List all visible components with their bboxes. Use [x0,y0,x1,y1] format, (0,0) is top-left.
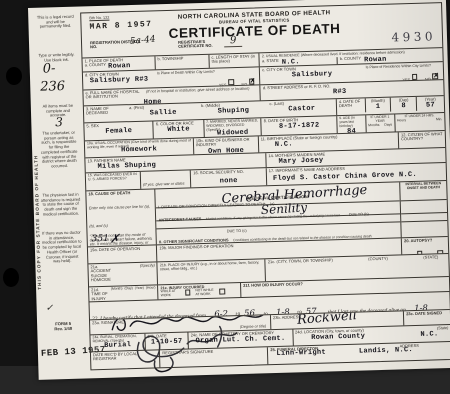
field-length-of-stay: c. LENGTH OF STAY (in this place) [208,53,259,67]
length-of-stay-label: c. LENGTH OF STAY (in this place) [211,54,257,64]
field-name-of-deceased: 3. NAME OF DECEASED [84,105,128,122]
margin-note-doctor: If there was no doctor in attendance, me… [41,231,82,265]
death-year: (Year) 57 [416,96,444,111]
field-place-of-injury: 21b. PLACE OF INJURY (e.g., in or about … [157,259,266,284]
injury-county-label: (COUNTY) [368,257,388,262]
injury-year-label: (Year) [135,287,144,291]
certificate-form: Bth No. 132 MAR 8 1957 REGISTRATION DIST… [80,2,450,370]
date-signed-label: 23c. DATE SIGNED [406,311,448,317]
cemetery-value: Organ Lut. Ch. Cemt. [191,335,291,346]
field-last-name: c. (Last) Castor [267,99,336,117]
handwritten-checkmark: ✓ [46,303,54,313]
serial-number: 4930 [391,29,436,44]
time-of-injury-label: 21d. TIME OF INJURY [91,288,109,302]
location-state-label: (State) [437,326,449,330]
field-city-of-death: d. CITY OR TOWN Salisbury R#3 [83,70,155,89]
field-cemetery: 24c. NAME OF CEMETERY OR CREMATORY Organ… [188,330,293,349]
autopsy-label: 20. AUTOPSY? [404,238,446,244]
field-registrar-signature: REGISTRAR'S SIGNATURE [159,347,267,367]
field-county-of-death: 1. PLACE OF DEATH a. COUNTY Rowan [82,56,154,71]
director-address-value: Landis, N.C. [359,347,413,357]
year-value: 57 [418,102,443,111]
field-cause-of-death-notes: 18. CAUSE OF DEATH Enter only one cause … [86,189,156,246]
cause-note-1: Enter only one cause per line for (a), (… [89,205,151,229]
handwritten-3: 3 [55,115,63,129]
city-value: Salisbury R#3 [85,76,153,86]
field-age: 9. AGE (In years last birthday) 84 [336,115,365,133]
death-day: (Day) 8 [390,97,416,112]
age-value: 84 [340,128,364,133]
location-value: Rowan County [311,333,365,343]
days-label: Days [384,123,392,127]
hours-label: Hours [397,119,406,123]
form-revision-line: Rev. 1/48 [54,326,72,332]
not-while-at-work-label: NOT WHILE AT WORK [195,289,215,297]
state-value: N.C. [282,58,300,66]
burial-date-value: 1-10-57 [148,338,186,347]
field-date-signed: 23c. DATE SIGNED [403,310,450,325]
field-autopsy: 20. AUTOPSY? YES NO [401,237,448,254]
field-death-city-limits: Is Place of Death Within City Limits? YE… [155,67,260,87]
hole-punch [6,67,22,85]
field-age-under-24hr: IF UNDER 24 HRS. Hours Min. [394,113,445,131]
residence-limits-yes-checkbox [412,74,418,80]
field-time-of-injury: 21d. TIME OF INJURY (Month) (Day) (Year)… [89,285,158,301]
margin-note-physician: The physician last in attendance is requ… [40,193,81,218]
street-address-value: R#3 [333,86,442,97]
death-month: (Month) 1 [365,98,391,113]
specify-note: (Specify) [140,263,155,267]
field-war-service: (If yes, give war or dates of service) n… [140,170,191,188]
line-c-label: DUE TO (c) [227,229,247,234]
hospital-label: e. FULL NAME OF HOSPITAL OR INSTITUTION [85,90,144,101]
accident-label: 21a. ACCIDENT SUICIDE HOMICIDE [90,264,119,283]
date-of-birth-value: 8-17-1872 [264,122,335,132]
interval-label: INTERVAL BETWEEN ONSET AND DEATH [401,182,445,191]
last-name-value: Castor [270,105,335,115]
physician-address-handwritten: Rockwell [297,311,358,328]
death-limits-yes-checkbox [228,79,234,85]
residence-limits-no-checkbox: ✗ [433,73,439,79]
ssn-value: none [193,177,264,187]
registrar-signature-label: REGISTRAR'S SIGNATURE [162,348,265,355]
registration-district-value: 5a-44 [130,34,156,46]
handwritten-236: 236 [40,79,65,95]
handwritten-0: 0- [43,61,56,76]
margin-note-undertaker: The undertaker, or person acting as such… [39,131,80,170]
field-armed-forces: 15. WAS DECEASED EVER IN U. S. ARMED FOR… [86,172,140,191]
field-residence-city: c. CITY OR TOWN Salisbury [259,64,364,84]
injury-city-label: 21c. (CITY, TOWN, OR TOWNSHIP) [268,258,333,264]
date-received-label: DATE REC'D BY LOCAL REGISTRAR [93,351,158,362]
cause-b-handwritten: Senility [261,200,308,217]
field-medical-certification: MEDICAL CERTIFICATION I. DISEASE OR COND… [155,182,401,244]
field-sex: 5. SEX Female [84,121,153,140]
place-of-injury-label: 21b. PLACE OF INJURY (e.g., in or about … [160,260,263,271]
field-business: 10b. KIND OF BUSINESS OR INDUSTRY Own Ho… [193,136,258,154]
county-value: Rowan [108,63,131,72]
location-state-value: N.C. [420,331,438,340]
age-label: 9. AGE (In years last birthday) [339,116,363,128]
handwritten-x-mark: ✗ [109,231,119,245]
injury-state-label: (STATE) [423,255,438,260]
county-label: a. COUNTY [85,63,106,68]
while-at-work-checkbox [185,290,191,296]
injury-month-label: (Month) [111,287,123,291]
field-race: 6. COLOR OR RACE White [153,120,204,138]
months-label: Months [368,124,379,128]
middle-name-value: Shuping [201,107,266,117]
field-age-under-1yr: IF UNDER 1 YEAR Months Days [365,115,394,133]
margin-note-legal: This is a legal record and will be perma… [35,15,75,30]
field-ssn: 16. SOCIAL SECURITY NO. none [190,168,266,187]
field-date-of-operation: 19a. DATE OF OPERATION [88,245,157,263]
handwritten-code-351: 351 [92,234,109,244]
field-first-name: a. (First) Sallie [127,103,199,121]
field-occupation: 10a. USUAL OCCUPATION (Give kind of work… [85,138,193,157]
field-middle-name: b. (Middle) Shuping [199,101,268,119]
min-label: Min. [436,118,443,122]
field-injury-occurred: 21e. INJURY OCCURRED WHILE AT WORK NOT W… [157,283,240,299]
row-cause-of-death: 18. CAUSE OF DEATH Enter only one cause … [86,180,447,246]
hospital-note: (If not in hospital or institution, give… [146,87,249,94]
armed-forces-label: 15. WAS DECEASED EVER IN U. S. ARMED FOR… [88,173,138,182]
citizen-label: 12. CITIZEN OF WHAT COUNTRY? [401,132,443,142]
state-label: a. STATE [262,59,279,67]
ssn-label: 16. SOCIAL SECURITY NO. [193,169,264,175]
issuing-organization: NORTH CAROLINA STATE BOARD OF HEALTH BUR… [153,9,355,43]
race-value: White [156,126,202,135]
form-number: FORM 5 Rev. 1/48 [43,321,83,332]
field-date-received: DATE REC'D BY LOCAL REGISTRAR [91,350,160,369]
interval-line-b [401,200,447,214]
interval-line-c [401,213,447,222]
birth-no: Bth No. 132 [89,16,109,21]
field-burial: 24a. BURIAL, CREMATION, REMOVAL (Specify… [90,334,144,352]
field-marital-status: 7. MARRIED, NEVER MARRIED, WIDOWED, DIVO… [203,118,261,137]
operation-date-label: 19a. DATE OF OPERATION [90,246,154,252]
injury-hour-label: (Hour) [146,286,156,290]
field-citizen: 12. CITIZEN OF WHAT COUNTRY? [398,131,445,148]
certificate-paper: THIS COPY FOR STATE BOARD OF HEALTH This… [28,0,450,380]
field-burial-date: 24b. DATE 1-10-57 [144,333,188,350]
field-interval: INTERVAL BETWEEN ONSET AND DEATH [399,181,447,237]
injury-day-label: (Day) [124,287,132,291]
death-limits-no-checkbox: ✗ [249,79,255,85]
not-while-at-work-checkbox [219,289,225,295]
day-value: 8 [392,102,415,111]
sex-value: Female [87,127,152,137]
scanned-death-certificate: THIS COPY FOR STATE BOARD OF HEALTH This… [0,0,450,394]
township-label: b. TOWNSHIP [157,56,206,62]
interval-header-box: INTERVAL BETWEEN ONSET AND DEATH [400,181,446,201]
funeral-director-value: Linn-Wright [276,349,326,358]
first-name-value: Sallie [129,109,197,119]
field-date-of-birth: 8. DATE OF BIRTH 8-17-1872 [261,116,337,135]
name-of-deceased-label: 3. NAME OF DECEASED [86,106,125,116]
while-at-work-label: WHILE AT WORK [161,290,181,298]
field-residence-city-limits: Is Place of Residence Within City Limits… [364,62,444,81]
cause-of-death-label: 18. CAUSE OF DEATH [88,190,152,196]
month-value: 1 [367,103,390,112]
field-accident-suicide-homicide: 21a. ACCIDENT SUICIDE HOMICIDE (Specify) [88,262,157,286]
field-township: b. TOWNSHIP [154,55,208,70]
date-of-death-label: 4. DATE OF DEATH [337,98,365,110]
date-filed-stamp: MAR 8 1957 [89,20,152,32]
field-date-of-death: 4. DATE OF DEATH (Month) 1 (Day) 8 (Year… [336,96,444,115]
hole-punch [3,268,19,287]
